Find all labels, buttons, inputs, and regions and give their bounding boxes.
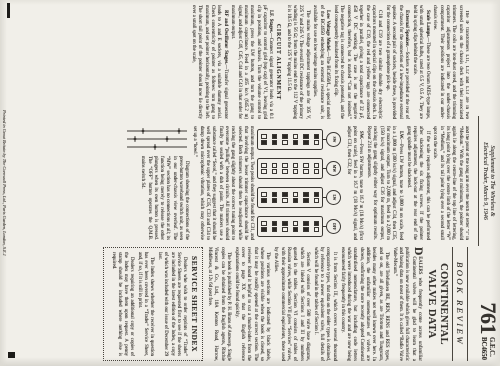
column-3-text: DEALERS who frequently come across unfam…	[206, 247, 422, 361]
sheet-number: 761	[478, 302, 498, 334]
contact-pin	[293, 221, 298, 226]
contact-pin	[272, 227, 277, 232]
switch-contact-field	[257, 129, 323, 150]
contact-pin	[293, 163, 298, 168]
contact-pin	[261, 169, 266, 174]
contact-pin	[261, 221, 266, 226]
switch-unit-diagram: SWMWLWOFF	[257, 126, 341, 240]
contact-pin	[282, 134, 287, 139]
contact-pin	[314, 169, 319, 174]
paragraph: Section V consists of over 500 valve bas…	[272, 247, 310, 361]
contact-pin	[314, 134, 319, 139]
contact-pin	[282, 140, 287, 145]
switch-stem	[323, 139, 326, 140]
contact-pin	[272, 192, 277, 197]
contact-pin	[282, 198, 287, 203]
contact-pin	[282, 227, 287, 232]
column-1: The IF transformers L11, L12 and L13 are…	[13, 5, 469, 119]
switch-unit-caption: Diagram showing the connections of the p…	[125, 156, 189, 240]
contact-pin	[272, 134, 277, 139]
contact-pin	[272, 169, 277, 174]
switch-stem	[323, 197, 326, 198]
paragraph: If the scale requires adjustment, this c…	[404, 126, 429, 240]
switch-section-label: LW	[326, 190, 341, 205]
contact-pin	[261, 198, 266, 203]
supplement-masthead: Supplement to The Wireless & Electrical …	[478, 116, 495, 246]
switch-section: SW	[257, 128, 341, 151]
column-2-text-top: and the point of the long arm over the n…	[344, 126, 469, 240]
article-title-line2: VALVE DATA	[426, 247, 438, 361]
switch-contact-field	[257, 158, 323, 179]
contact-pin	[293, 134, 298, 139]
paragraph: The mains voltage adjustment tappings ar…	[284, 5, 309, 119]
column-2: and the point of the long arm over the n…	[13, 126, 469, 240]
contact-pin	[314, 227, 319, 232]
paragraph: External Speaker.—Sockets are provided a…	[384, 5, 409, 119]
contact-pin	[314, 192, 319, 197]
contact-pin	[314, 198, 319, 203]
contact-pin	[261, 192, 266, 197]
switch-section-label: OFF	[326, 219, 341, 234]
paragraph: The book is published by P. H. Brans of …	[206, 247, 231, 361]
scanned-service-sheet: Supplement to The Wireless & Electrical …	[0, 0, 500, 366]
paragraph: Dealers requiring an additional copy or …	[109, 252, 134, 356]
supplement-line2: Electrical Trader, March 9, 1946	[480, 116, 487, 246]
article-title: CONTINENTAL VALVE DATA	[426, 247, 450, 361]
contact-pin	[282, 221, 287, 226]
contact-pin	[272, 163, 277, 168]
index-box-heading: SERVICE SHEET INDEX	[190, 252, 199, 356]
column-1-text: The IF transformers L11, L12 and L13 are…	[190, 5, 469, 119]
switch-contact-field	[257, 187, 323, 208]
paragraph: maximum output. Two peaks should be foun…	[191, 126, 254, 240]
contact-pin	[303, 169, 308, 174]
scan-mark-bottom-left	[8, 352, 15, 358]
paragraph: The IF transformers L11, L12 and L13 are…	[431, 5, 469, 119]
contact-pin	[314, 140, 319, 145]
brand-model: G.E.C. BC4650	[479, 337, 498, 360]
scan-mark-top-left	[7, 3, 10, 18]
contact-pin	[261, 227, 266, 232]
contact-pin	[261, 163, 266, 168]
contact-pin	[272, 140, 277, 145]
contact-pin	[293, 140, 298, 145]
switch-section-label: MW	[326, 161, 341, 176]
contact-pin	[303, 192, 308, 197]
column-2-text-bottom: maximum output. Two peaks should be foun…	[191, 126, 254, 240]
contact-pin	[293, 227, 298, 232]
switch-section: MW	[257, 157, 341, 180]
index-box-text: Dealers who wish to order reprints of “T…	[109, 252, 187, 356]
printer-imprint: Printed in Great Britain by The Cornwall…	[2, 40, 7, 326]
paragraph: The Index shows whether the receiver in …	[136, 252, 155, 356]
contact-pin	[282, 192, 287, 197]
paragraph: The old Telefunken RE, REN, RENS and RES…	[338, 247, 389, 361]
contact-pin	[303, 140, 308, 145]
contact-pin	[272, 221, 277, 226]
sheet-number-block: 761 G.E.C. BC4650	[478, 302, 498, 360]
printed-page-rotated: Supplement to The Wireless & Electrical …	[0, 0, 500, 366]
switch-contact-field	[257, 216, 323, 237]
contact-pin	[272, 198, 277, 203]
contact-pin	[303, 198, 308, 203]
switch-section: OFF	[257, 215, 341, 238]
drop-cap: D	[413, 247, 422, 255]
switch-section-label: SW	[326, 132, 341, 147]
paragraph: DEALERS who frequently come across unfam…	[390, 247, 422, 361]
column-3: BOOK REVIEW CONTINENTAL VALVE DATA DEALE…	[13, 247, 469, 361]
brand: G.E.C.	[487, 337, 495, 360]
contact-pin	[303, 227, 308, 232]
contact-pin	[261, 140, 266, 145]
section-heading: CIRCUIT ALIGNMENT	[275, 5, 281, 119]
paragraph: RF and Oscillator Stages.—Transfer signa…	[190, 5, 228, 119]
contact-pin	[314, 221, 319, 226]
switch-stem	[323, 168, 326, 169]
paragraph: SW.—Press SW button, tune to 16.7 m (18 …	[344, 126, 363, 240]
contact-pin	[303, 221, 308, 226]
paragraph: Low Voltage Model.—The BC4650/L, a speci…	[311, 5, 330, 119]
service-sheet-index-box: SERVICE SHEET INDEX Dealers who wish to …	[103, 247, 203, 361]
contact-pin	[314, 163, 319, 168]
contact-pin	[282, 163, 287, 168]
text-columns: The IF transformers L11, L12 and L13 are…	[13, 5, 469, 361]
supplement-line1: Supplement to The Wireless &	[488, 116, 495, 246]
switch-connections-diagram	[125, 126, 189, 152]
article-title-line1: CONTINENTAL	[437, 247, 449, 361]
contact-pin	[293, 192, 298, 197]
contact-pin	[293, 198, 298, 203]
contact-pin	[261, 134, 266, 139]
switch-section: LW	[257, 186, 341, 209]
paragraph: Scale Lamps.—These are two Osram MES-typ…	[411, 5, 430, 119]
paragraph: LW.—Press LW button, tune to 1,000 m on …	[365, 126, 403, 240]
switch-stem	[323, 226, 326, 227]
paragraph: Dealers who wish to order reprints of “T…	[156, 252, 187, 356]
paragraph: The various sections are indicated by bl…	[232, 247, 270, 361]
contact-pin	[303, 134, 308, 139]
switch-caption-block: Diagram showing the connections of the p…	[125, 126, 189, 240]
contact-pin	[293, 169, 298, 174]
contact-pin	[282, 169, 287, 174]
model: BC4650	[479, 337, 487, 360]
paragraph: and the point of the long arm over the n…	[431, 126, 469, 240]
paragraph: It is from Section III, which covers sev…	[311, 247, 336, 361]
contact-pin	[303, 163, 308, 168]
book-review-heading: BOOK REVIEW	[452, 247, 468, 361]
paragraph: I.F. Stages.—Connect signal generator le…	[229, 5, 273, 119]
paragraph: C18 and C19 are two similar double dry e…	[332, 5, 383, 119]
